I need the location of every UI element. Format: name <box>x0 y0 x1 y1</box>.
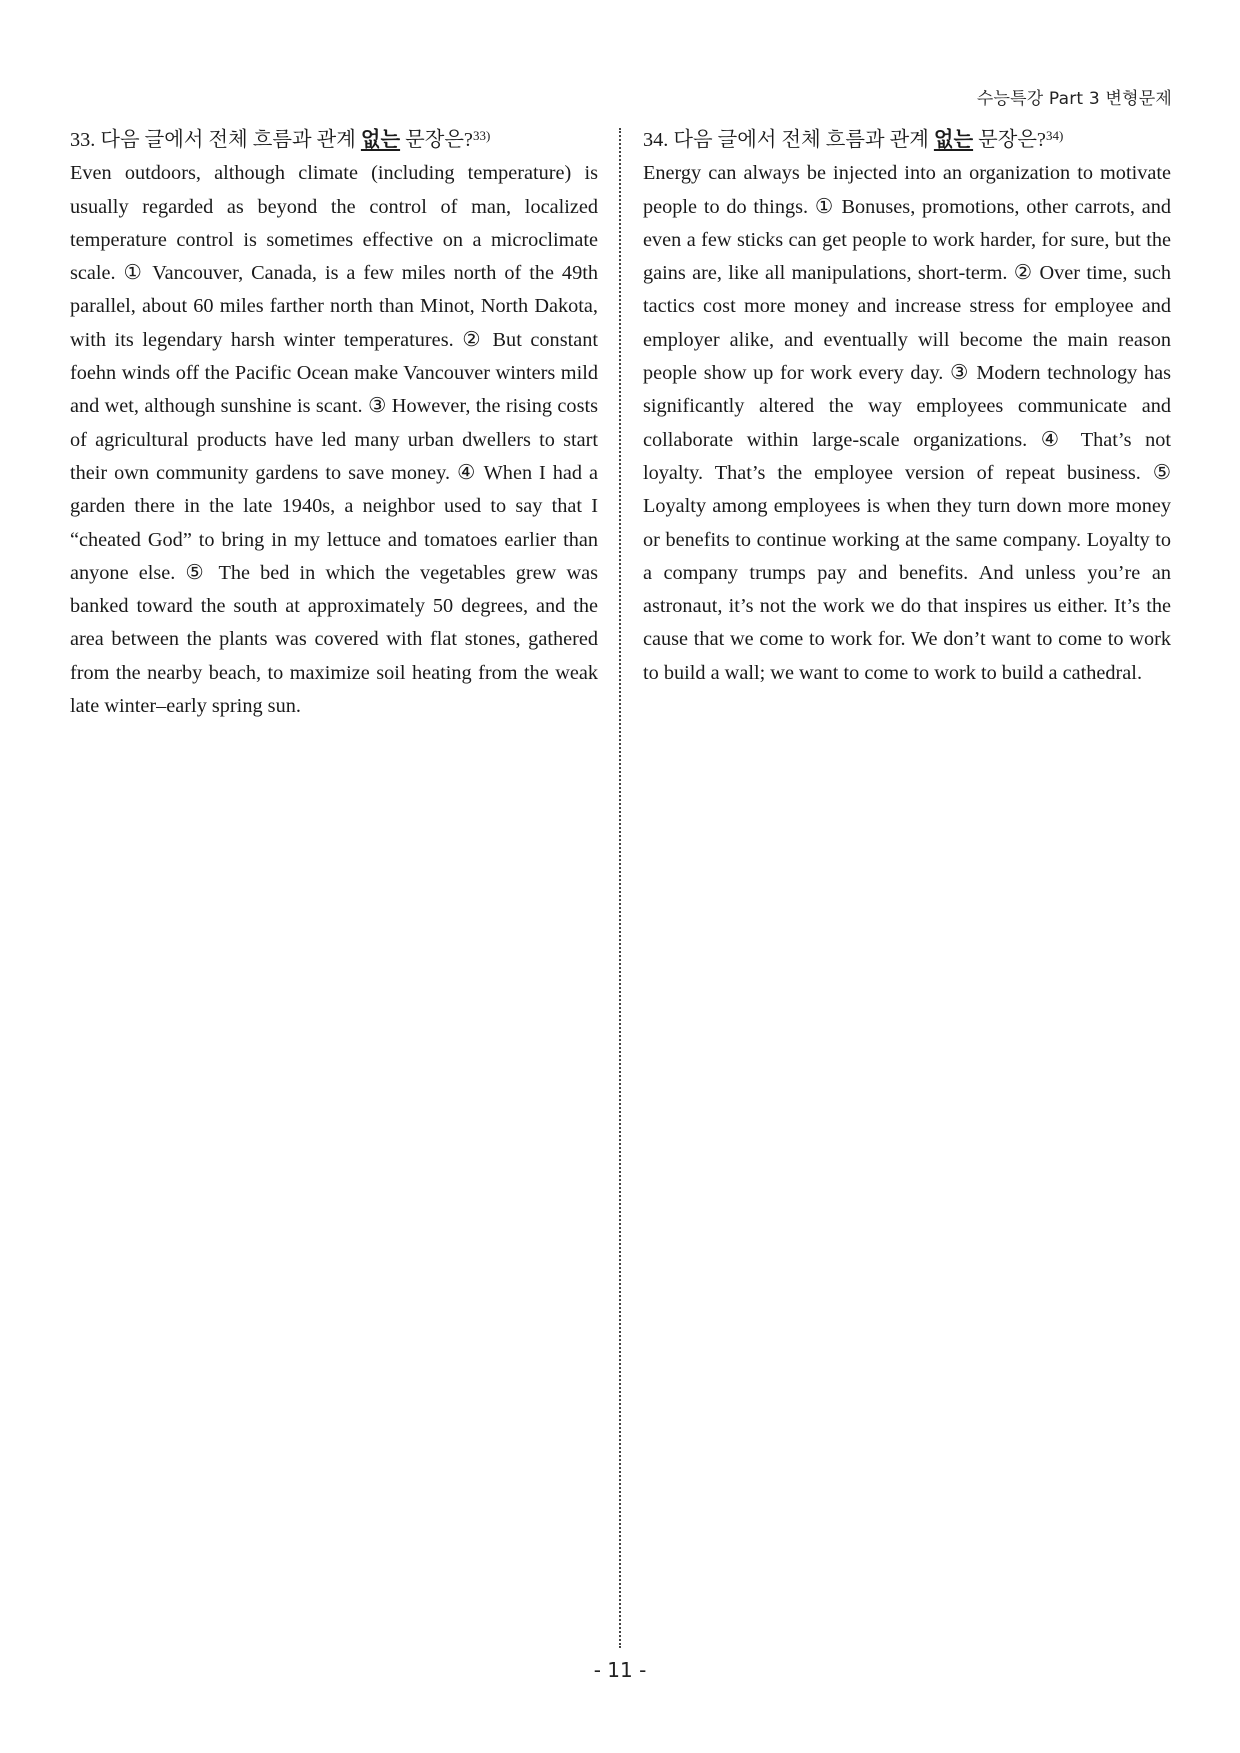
question-prompt-end: 문장은? <box>400 129 473 151</box>
question-33: 33. 다음 글에서 전체 흐름과 관계 없는 문장은?33) Even out… <box>70 124 598 723</box>
question-passage: Even outdoors, although climate (includi… <box>70 157 598 723</box>
question-emphasis: 없는 <box>934 129 973 151</box>
footnote-marker: 34) <box>1046 128 1063 143</box>
question-passage: Energy can always be injected into an or… <box>643 157 1171 690</box>
question-34: 34. 다음 글에서 전체 흐름과 관계 없는 문장은?34) Energy c… <box>643 124 1171 690</box>
question-title: 34. 다음 글에서 전체 흐름과 관계 없는 문장은?34) <box>643 124 1171 157</box>
page-header: 수능특강 Part 3 변형문제 <box>977 84 1172 109</box>
question-number: 34. <box>643 129 668 151</box>
question-prompt: 다음 글에서 전체 흐름과 관계 <box>95 129 361 151</box>
question-number: 33. <box>70 129 95 151</box>
footnote-marker: 33) <box>473 128 490 143</box>
question-emphasis: 없는 <box>361 129 400 151</box>
question-title: 33. 다음 글에서 전체 흐름과 관계 없는 문장은?33) <box>70 124 598 157</box>
question-prompt: 다음 글에서 전체 흐름과 관계 <box>668 129 934 151</box>
question-prompt-end: 문장은? <box>973 129 1046 151</box>
page-number: - 11 - <box>0 1658 1240 1682</box>
column-divider <box>619 128 621 1648</box>
